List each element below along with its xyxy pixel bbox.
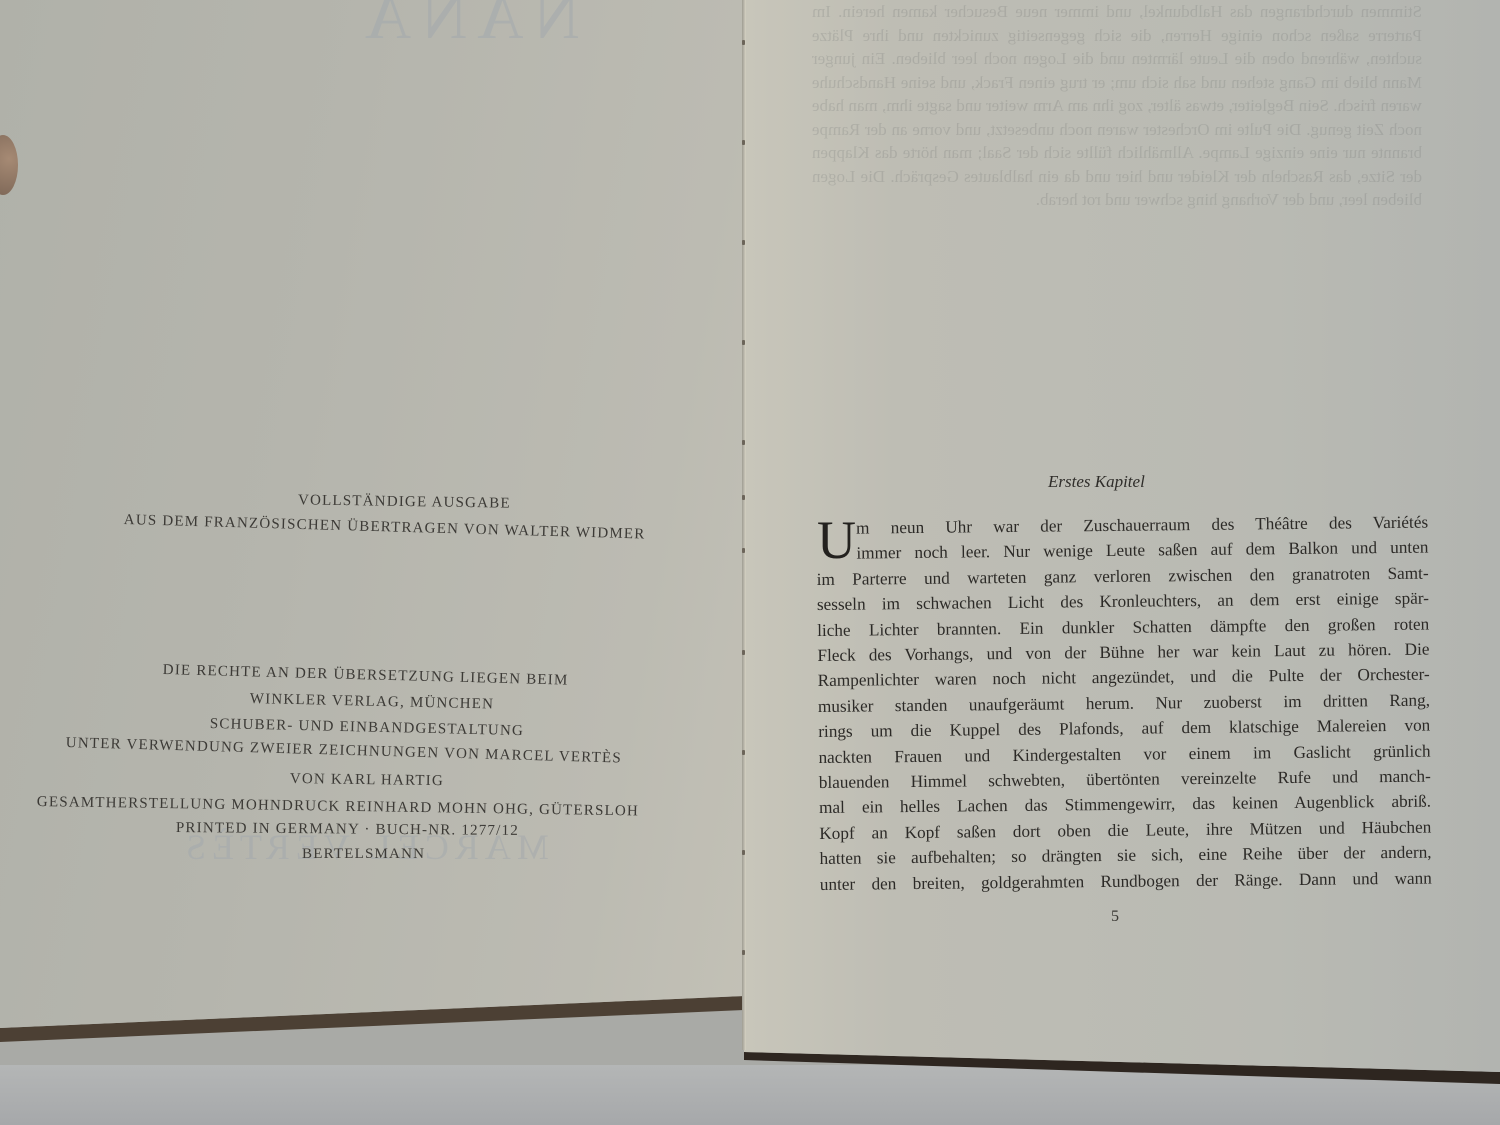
photo-scene: NANA MARCEL VERTÈS Stimmen durchdrangen … [0, 0, 1500, 1125]
stitch-mark [742, 340, 745, 345]
left-page: NANA MARCEL VERTÈS [0, 0, 744, 1100]
stitch-mark [742, 40, 745, 45]
imprint-line: von Karl Hartig [290, 771, 444, 790]
bleed-through-text: Stimmen durchdrangen das Halbdunkel, und… [812, 0, 1422, 480]
page-number: 5 [1111, 908, 1119, 926]
stitch-mark [742, 548, 745, 553]
imprint-line: Vollständige Ausgabe [298, 492, 511, 512]
chapter-body-text: m neun Uhr war der Zuschauerraum des Thé… [816, 510, 1432, 897]
imprint-line: Printed in Germany · Buch-Nr. 1277/12 [176, 820, 519, 840]
book-spine [742, 0, 746, 1050]
imprint-line: Bertelsmann [302, 846, 425, 863]
chapter-title: Erstes Kapitel [1048, 472, 1145, 492]
stitch-mark [742, 495, 745, 500]
stitch-mark [742, 650, 745, 655]
stitch-mark [742, 750, 745, 755]
stitch-mark [742, 240, 745, 245]
bleed-through-title: NANA [355, 0, 580, 54]
stitch-mark [742, 850, 745, 855]
stitch-mark [742, 140, 745, 145]
stitch-mark [742, 440, 745, 445]
stitch-mark [742, 950, 745, 955]
